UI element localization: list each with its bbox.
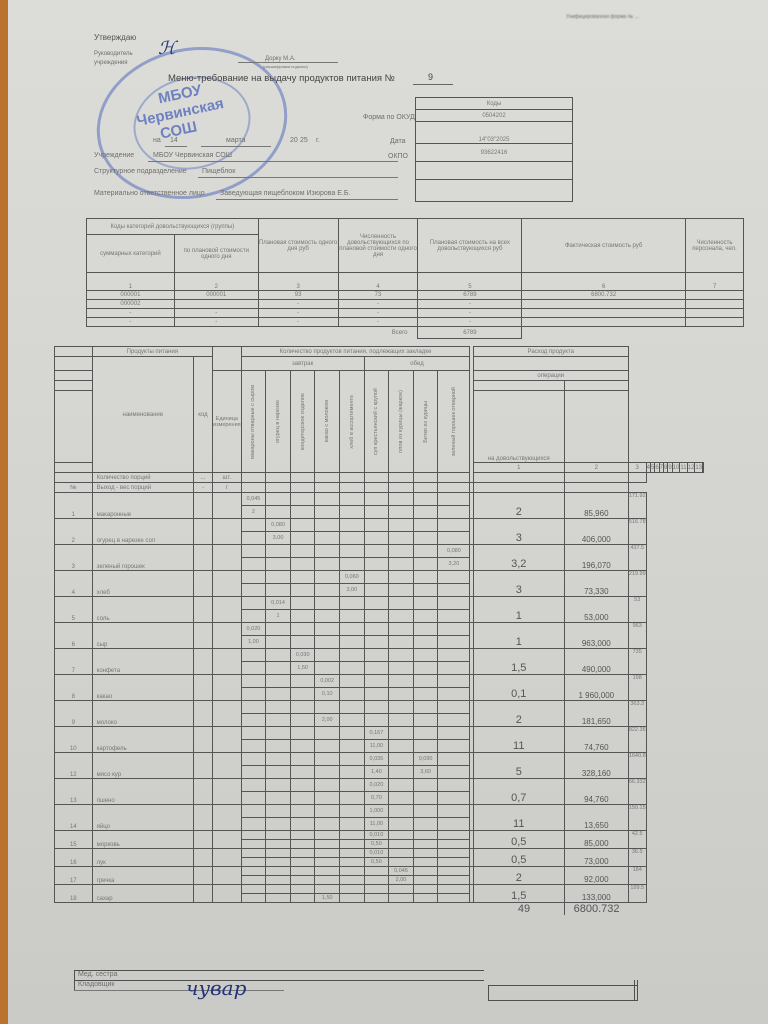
product-row: 8какао0,0020,11 960,000198: [55, 675, 704, 688]
product-row: 15морковь0,0100,585,00042.5: [55, 831, 704, 840]
dish-name: плов из курицы (жаркое): [398, 390, 404, 453]
quantity-cell: [389, 584, 414, 597]
quantity-cell: [340, 849, 365, 858]
institution-value: МБОУ Червинская СОШ: [153, 152, 232, 159]
quantity-cell: [266, 818, 291, 831]
quantity-cell: [266, 714, 291, 727]
quantity-cell: [290, 545, 315, 558]
quantity-cell: [389, 623, 414, 636]
summary-cell: [685, 291, 743, 300]
th-name: наименование: [92, 357, 193, 473]
quantity-cell: [438, 867, 470, 876]
product-qty: 2: [473, 493, 564, 519]
summary-cell: -: [338, 309, 418, 318]
quantity-cell: 0,080: [438, 545, 470, 558]
quantity-cell: [290, 597, 315, 610]
quantity-cell: [389, 662, 414, 675]
quantity-cell: [315, 753, 340, 766]
th-code: код: [193, 357, 212, 473]
product-name: зеленый горошек: [92, 545, 193, 571]
codes-okpo: 93622416: [416, 144, 573, 162]
quantity-cell: [290, 584, 315, 597]
storekeeper-signature: чувар: [186, 976, 246, 1000]
head-label: Руководитель учреждения: [94, 50, 144, 68]
product-row: 14яйцо1,0001113,650150.15: [55, 805, 704, 818]
quantity-cell: 1,00: [241, 636, 266, 649]
quantity-cell: [389, 545, 414, 558]
quantity-cell: [413, 675, 438, 688]
quantity-cell: [290, 493, 315, 506]
quantity-cell: [364, 688, 389, 701]
quantity-cell: 0,060: [340, 571, 365, 584]
quantity-cell: [290, 766, 315, 779]
th-dish: хлеб в ассортименте: [340, 371, 365, 473]
product-no: 14: [55, 805, 93, 831]
quantity-cell: [340, 610, 365, 623]
quantity-cell: 3,20: [438, 558, 470, 571]
quantity-cell: [413, 818, 438, 831]
summary-cell: [685, 309, 743, 318]
quantity-cell: [389, 805, 414, 818]
quantity-cell: [389, 610, 414, 623]
quantity-cell: [266, 636, 291, 649]
quantity-cell: [241, 885, 266, 894]
quantity-cell: [241, 849, 266, 858]
product-qty: 11: [473, 805, 564, 831]
th-plan-day: по плановой стоимости одного дня: [174, 235, 258, 273]
summary-cell: [174, 300, 258, 309]
product-no: 15: [55, 831, 93, 849]
quantity-cell: [364, 597, 389, 610]
quantity-cell: [290, 623, 315, 636]
dish-name: макароны отварные с сыром: [250, 385, 256, 459]
quantity-cell: [364, 662, 389, 675]
okud-label: Форма по ОКУД: [363, 114, 415, 121]
summary-cell: -: [87, 318, 175, 327]
quantity-cell: 0,010: [364, 831, 389, 840]
product-name: огурец в нарезке сол: [92, 519, 193, 545]
product-name: гречка: [92, 867, 193, 885]
dish-name: хлеб в ассортименте: [349, 395, 355, 449]
quantity-cell: [266, 840, 291, 849]
product-price: 92,000: [564, 867, 628, 885]
product-row: 3зеленый горошек0,0803,2196,070437.5: [55, 545, 704, 558]
product-price: 73,330: [564, 571, 628, 597]
product-price: 328,160: [564, 753, 628, 779]
quantity-cell: [315, 623, 340, 636]
product-name: морковь: [92, 831, 193, 849]
codes-okud: 0504202: [416, 110, 573, 122]
quantity-cell: [315, 519, 340, 532]
quantity-cell: [315, 740, 340, 753]
quantity-cell: [241, 858, 266, 867]
quantity-cell: [364, 610, 389, 623]
quantity-cell: [364, 545, 389, 558]
summary-cell: [522, 300, 686, 309]
quantity-cell: [413, 662, 438, 675]
th-dish: огурец в нарезке: [266, 371, 291, 473]
product-no: 17: [55, 867, 93, 885]
product-sum: 437.5: [628, 545, 646, 571]
product-sum: 199.5: [628, 885, 646, 903]
quantity-cell: [389, 818, 414, 831]
row-label: Количество порций: [92, 473, 193, 483]
quantity-cell: [241, 571, 266, 584]
quantity-cell: [241, 766, 266, 779]
quantity-cell: [438, 649, 470, 662]
quantity-cell: [364, 649, 389, 662]
quantity-cell: [413, 779, 438, 792]
product-name: макаронные: [92, 493, 193, 519]
product-price: 1 960,000: [564, 675, 628, 701]
product-name: пшено: [92, 779, 193, 805]
quantity-cell: [241, 840, 266, 849]
product-row: 18сахар1,5133,000199.5: [55, 885, 704, 894]
quantity-cell: [266, 740, 291, 753]
quantity-cell: [389, 885, 414, 894]
quantity-cell: [266, 493, 291, 506]
quantity-cell: [266, 688, 291, 701]
quantity-cell: [241, 818, 266, 831]
total-sum: 6800.732: [564, 903, 628, 916]
quantity-cell: [290, 792, 315, 805]
quantity-cell: 0,50: [364, 858, 389, 867]
quantity-cell: [413, 894, 438, 903]
summary-cell: 000001: [174, 291, 258, 300]
quantity-cell: [241, 558, 266, 571]
quantity-cell: [389, 840, 414, 849]
product-price: 490,000: [564, 649, 628, 675]
quantity-cell: [340, 805, 365, 818]
quantity-cell: 11,00: [364, 740, 389, 753]
product-qty: 3,2: [473, 545, 564, 571]
product-no: 1: [55, 493, 93, 519]
quantity-cell: [340, 740, 365, 753]
quantity-cell: [315, 831, 340, 840]
quantity-cell: [389, 753, 414, 766]
quantity-cell: [266, 545, 291, 558]
quantity-cell: 0,002: [315, 675, 340, 688]
summary-cell: 6789: [418, 291, 522, 300]
product-sum: 363.3: [628, 701, 646, 727]
col-number: 6: [522, 273, 686, 291]
quantity-cell: [340, 701, 365, 714]
quantity-cell: [340, 519, 365, 532]
col-number: 4: [338, 273, 418, 291]
quantity-cell: [241, 688, 266, 701]
quantity-cell: [389, 688, 414, 701]
quantity-cell: [413, 649, 438, 662]
quantity-cell: 1,40: [364, 766, 389, 779]
dish-name: кондитерское изделие: [300, 393, 306, 450]
dish-name: какао с молоком: [324, 400, 330, 442]
quantity-cell: [290, 779, 315, 792]
th-sum-cat: суммарных категорий: [87, 235, 175, 273]
summary-cell: -: [87, 309, 175, 318]
quantity-cell: [413, 885, 438, 894]
document-page: Унифицированная форма № ... МБОУ Червинс…: [8, 0, 768, 1024]
quantity-cell: [340, 688, 365, 701]
quantity-cell: [389, 792, 414, 805]
quantity-cell: [413, 849, 438, 858]
quantity-cell: 2: [241, 506, 266, 519]
quantity-cell: [266, 805, 291, 818]
product-sum: 42.5: [628, 831, 646, 849]
product-price: 85,960: [564, 493, 628, 519]
product-sum: 1640.8: [628, 753, 646, 779]
quantity-cell: [438, 818, 470, 831]
quantity-cell: [290, 753, 315, 766]
product-sum: 36.5: [628, 849, 646, 867]
quantity-cell: [438, 584, 470, 597]
quantity-cell: [364, 506, 389, 519]
quantity-cell: [438, 597, 470, 610]
quantity-cell: [389, 506, 414, 519]
product-price: 181,650: [564, 701, 628, 727]
summary-table: Коды категорий довольствующихся (группы)…: [86, 218, 744, 339]
quantity-cell: [340, 779, 365, 792]
summary-cell: -: [418, 318, 522, 327]
summary-cell: 000002: [87, 300, 175, 309]
quantity-cell: 0,50: [364, 840, 389, 849]
quantity-cell: 1,50: [290, 662, 315, 675]
quantity-cell: [364, 558, 389, 571]
quantity-cell: [340, 506, 365, 519]
quantity-cell: [340, 532, 365, 545]
quantity-cell: 0,030: [290, 649, 315, 662]
th-plan-all: Плановая стоимость на всех довольствующи…: [418, 219, 522, 273]
quantity-cell: [438, 727, 470, 740]
summary-cell: [522, 318, 686, 327]
quantity-cell: 2,00: [389, 876, 414, 885]
summary-row: -----: [87, 318, 744, 327]
quantity-cell: [315, 701, 340, 714]
product-price: 94,760: [564, 779, 628, 805]
product-name: какао: [92, 675, 193, 701]
quantity-cell: [364, 714, 389, 727]
th-lunch: обед: [364, 357, 470, 371]
nurse-label: Мед. сестра: [78, 971, 118, 978]
quantity-cell: [340, 831, 365, 840]
product-row: 16лук0,0100,573,00036.5: [55, 849, 704, 858]
product-price: 963,000: [564, 623, 628, 649]
th-plan-cost: Плановая стоимость одного дня руб: [258, 219, 338, 273]
product-price: 74,760: [564, 727, 628, 753]
quantity-cell: [241, 779, 266, 792]
summary-cell: [522, 309, 686, 318]
date-label: Дата: [390, 138, 406, 145]
quantity-cell: 0,035: [364, 753, 389, 766]
quantity-cell: [340, 867, 365, 876]
form-note: Унифицированная форма № ...: [566, 14, 639, 20]
quantity-cell: [413, 701, 438, 714]
quantity-cell: [290, 558, 315, 571]
product-qty: 2: [473, 867, 564, 885]
product-no: 7: [55, 649, 93, 675]
unit-value: Пищеблок: [202, 168, 235, 175]
quantity-cell: [364, 532, 389, 545]
quantity-cell: [340, 649, 365, 662]
product-price: 406,000: [564, 519, 628, 545]
blank: [55, 347, 93, 357]
quantity-cell: [315, 818, 340, 831]
product-price: 53,000: [564, 597, 628, 623]
product-sum: 66.332: [628, 779, 646, 805]
dish-name: огурец в нарезке: [275, 400, 281, 443]
quantity-cell: [438, 532, 470, 545]
quantity-cell: [413, 623, 438, 636]
total-qty: 49: [470, 903, 564, 916]
summary-row: 000002---: [87, 300, 744, 309]
quantity-cell: [241, 867, 266, 876]
product-name: сахар: [92, 885, 193, 903]
quantity-cell: [266, 753, 291, 766]
responsible-value: Заведующая пищеблоком Изюрова Е.Б.: [220, 190, 350, 197]
col-number: 7: [685, 273, 743, 291]
quantity-cell: [340, 714, 365, 727]
product-name: мясо кур: [92, 753, 193, 779]
th-dish: плов из курицы (жаркое): [389, 371, 414, 473]
quantity-cell: [389, 831, 414, 840]
quantity-cell: [290, 610, 315, 623]
th-breakfast: завтрак: [241, 357, 364, 371]
quantity-cell: [389, 779, 414, 792]
quantity-cell: 0,045: [389, 867, 414, 876]
quantity-cell: [241, 727, 266, 740]
sign-caption: (расшифровка подписи): [263, 64, 308, 69]
quantity-cell: [340, 662, 365, 675]
quantity-cell: [438, 571, 470, 584]
codes-table: Коды 0504202 14"03"2025 93622416: [415, 97, 573, 202]
quantity-cell: [290, 701, 315, 714]
summary-cell: -: [258, 318, 338, 327]
product-qty: 0,5: [473, 831, 564, 849]
quantity-cell: 3,60: [413, 766, 438, 779]
th-group: Коды категорий довольствующихся (группы): [87, 219, 259, 235]
quantity-cell: [389, 519, 414, 532]
product-name: лук: [92, 849, 193, 867]
th-dish: кондитерское изделие: [290, 371, 315, 473]
product-sum: 184: [628, 867, 646, 885]
okpo-label: ОКПО: [388, 153, 408, 160]
quantity-cell: [438, 753, 470, 766]
product-name: конфета: [92, 649, 193, 675]
col-number: 2: [564, 463, 628, 473]
quantity-cell: [290, 831, 315, 840]
product-no: 12: [55, 753, 93, 779]
quantity-cell: [438, 740, 470, 753]
quantity-cell: [241, 831, 266, 840]
quantity-cell: [315, 597, 340, 610]
quantity-cell: [241, 701, 266, 714]
quantity-cell: [413, 714, 438, 727]
th-expense: Расход продукта: [473, 347, 628, 357]
quantity-cell: [340, 545, 365, 558]
quantity-cell: [241, 610, 266, 623]
quantity-cell: 3,00: [340, 584, 365, 597]
approve-label: Утверждаю: [94, 33, 136, 42]
product-qty: 11: [473, 727, 564, 753]
quantity-cell: [340, 894, 365, 903]
product-qty: 1,5: [473, 649, 564, 675]
quantity-cell: [364, 675, 389, 688]
quantity-cell: 1: [266, 610, 291, 623]
quantity-cell: [340, 885, 365, 894]
summary-cell: 93: [258, 291, 338, 300]
product-sum: 53: [628, 597, 646, 623]
product-sum: 150.15: [628, 805, 646, 831]
products-table: Продукты питанияКоличество продуктов пит…: [54, 346, 704, 915]
quantity-cell: [438, 779, 470, 792]
quantity-cell: [266, 831, 291, 840]
product-name: яйцо: [92, 805, 193, 831]
quantity-cell: [413, 519, 438, 532]
quantity-cell: [438, 701, 470, 714]
product-qty: 1: [473, 597, 564, 623]
quantity-cell: [315, 558, 340, 571]
quantity-cell: [266, 571, 291, 584]
head-name: Дорку М.А.: [265, 56, 296, 62]
table-surface: [0, 0, 8, 1024]
product-sum: 219.99: [628, 571, 646, 597]
quantity-cell: [364, 584, 389, 597]
col-number: 3: [258, 273, 338, 291]
col-number: 1: [473, 463, 564, 473]
quantity-cell: [438, 714, 470, 727]
quantity-cell: [364, 876, 389, 885]
product-qty: 0,1: [473, 675, 564, 701]
quantity-cell: [315, 876, 340, 885]
quantity-cell: [266, 894, 291, 903]
quantity-cell: [389, 571, 414, 584]
product-qty: 5: [473, 753, 564, 779]
quantity-cell: [340, 840, 365, 849]
dish-name: Битки из курицы: [423, 401, 429, 443]
quantity-cell: [290, 805, 315, 818]
document-number: 9: [428, 72, 433, 82]
quantity-cell: [266, 876, 291, 885]
product-row: 1макаронные0,045285,960171.92: [55, 493, 704, 506]
product-qty: 1,5: [473, 885, 564, 903]
product-sum: 822.36: [628, 727, 646, 753]
quantity-cell: [438, 766, 470, 779]
product-name: сыр: [92, 623, 193, 649]
quantity-cell: [290, 714, 315, 727]
product-no: 4: [55, 571, 93, 597]
product-no: 2: [55, 519, 93, 545]
quantity-cell: [413, 584, 438, 597]
product-price: 133,000: [564, 885, 628, 903]
quantity-cell: [389, 894, 414, 903]
quantity-cell: [241, 740, 266, 753]
quantity-cell: 0,020: [241, 623, 266, 636]
col-number: 11: [680, 463, 687, 473]
quantity-cell: [413, 493, 438, 506]
product-no: 8: [55, 675, 93, 701]
quantity-cell: [290, 727, 315, 740]
th-operations: операции: [473, 371, 628, 381]
product-no: 3: [55, 545, 93, 571]
summary-cell: -: [174, 309, 258, 318]
quantity-cell: [315, 649, 340, 662]
summary-row: 000001000001937367896800.732: [87, 291, 744, 300]
quantity-cell: [364, 701, 389, 714]
col-number: 12: [687, 463, 695, 473]
head-signature: ℋ: [158, 38, 176, 59]
quantity-cell: [340, 623, 365, 636]
storekeeper-label: Кладовщик: [78, 981, 114, 988]
quantity-cell: [413, 597, 438, 610]
